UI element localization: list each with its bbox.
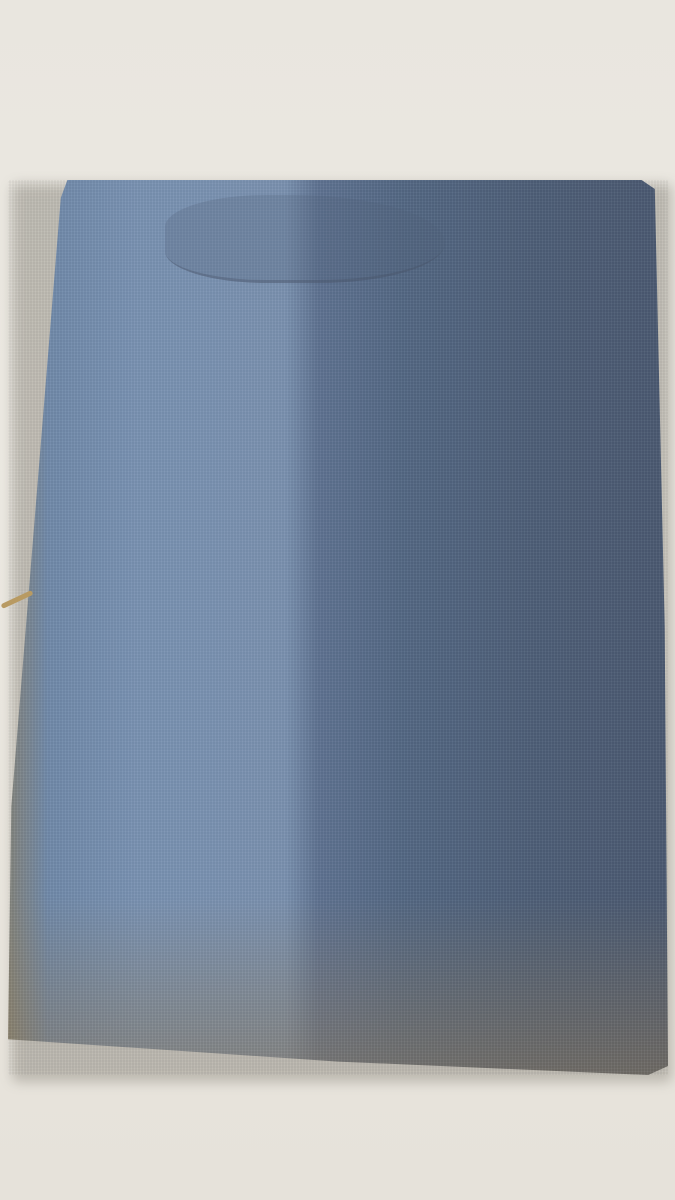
book-cover (8, 180, 668, 1075)
